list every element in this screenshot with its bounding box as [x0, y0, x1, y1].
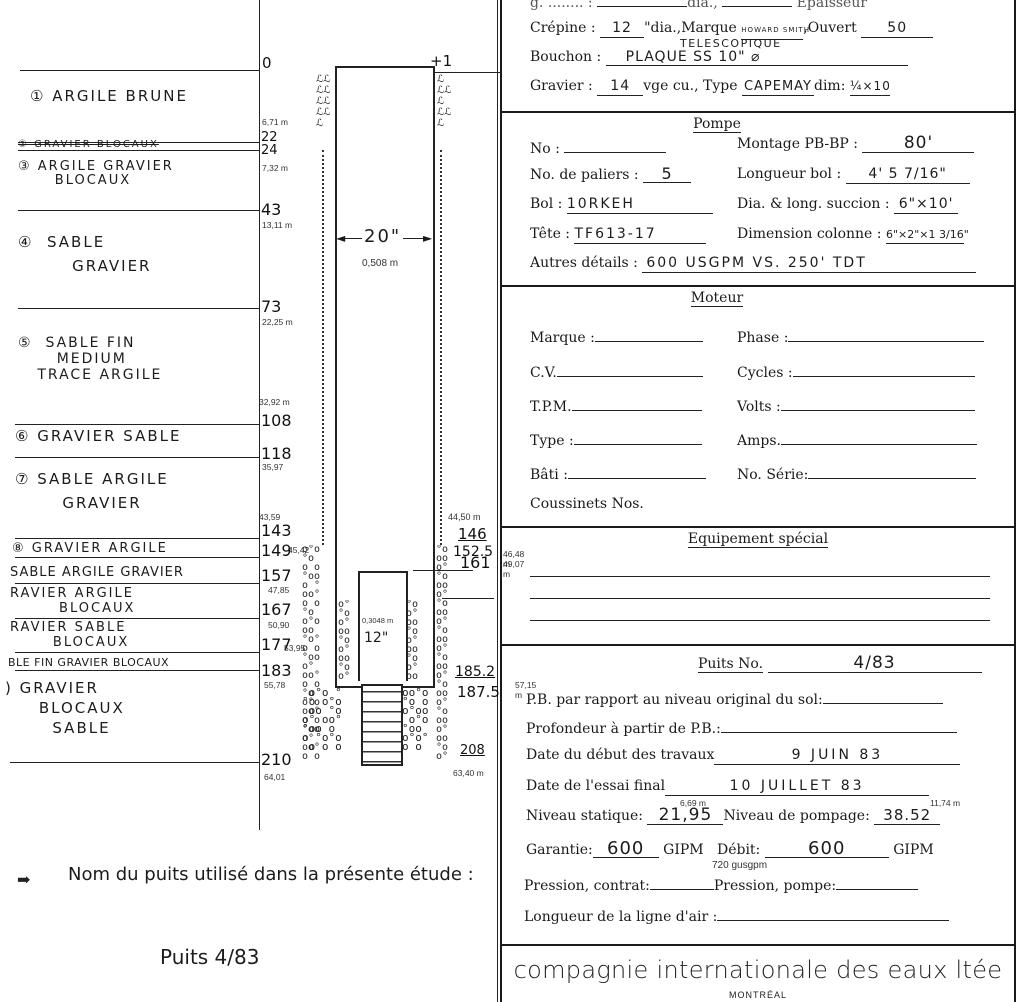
- gravier-unit: vge cu., Type: [643, 78, 737, 94]
- succion-row: Dia. & long. succion : 6"×10': [737, 196, 958, 214]
- coussinets-label: Coussinets Nos.: [530, 496, 644, 512]
- type-value[interactable]: [574, 428, 702, 445]
- metric-24: 7,32 m: [262, 163, 288, 173]
- casing-diameter-metric: 0,508 m: [362, 258, 398, 269]
- succion-label: Dia. & long. succion :: [737, 196, 890, 212]
- depth-73: 73: [261, 297, 281, 316]
- moteur-marque-value[interactable]: [595, 325, 703, 342]
- metric-118: 35,97: [262, 462, 283, 472]
- form-edge: [497, 0, 498, 1002]
- moteur-section-divider: [502, 285, 1014, 287]
- layer-9: SABLE ARGILE GRAVIER: [10, 564, 184, 581]
- screen-diameter-metric: 0,3048 m: [362, 616, 393, 625]
- boundary-149: [15, 557, 260, 558]
- pompe-no-label: No :: [530, 141, 560, 157]
- equipement-line-2[interactable]: [530, 598, 990, 599]
- boundary-108: [15, 424, 260, 425]
- phase-row: Phase :: [737, 325, 984, 346]
- crepine-ouvert[interactable]: 50: [861, 21, 933, 38]
- sand-annulus-left: [322, 150, 324, 545]
- depth-24: 24: [261, 143, 278, 158]
- ground-zero-mark: 0: [262, 54, 272, 72]
- pompage-label: Niveau de pompage:: [723, 808, 869, 824]
- bati-row: Bâti :: [530, 462, 706, 483]
- boundary-118: [15, 457, 260, 458]
- bouchon-row: Bouchon : PLAQUE SS 10" ⌀: [530, 49, 908, 66]
- clay-hatch-right: ℒℒℒℒℒℒℒ: [437, 74, 451, 129]
- pression-pompe-label: Pression, pompe:: [714, 878, 836, 894]
- succion-value[interactable]: 6"×10': [894, 197, 958, 214]
- study-well-name: Puits 4/83: [160, 945, 259, 969]
- gravier-type[interactable]: CAPEMAY: [742, 79, 814, 96]
- pompe-title: Pompe: [652, 116, 782, 132]
- type-label: Type :: [530, 433, 574, 449]
- garantie-label: Garantie:: [526, 842, 593, 858]
- longueur-bol-value[interactable]: 4' 5 7/16": [846, 167, 970, 184]
- ground-line: [20, 70, 260, 71]
- cycles-row: Cycles :: [737, 360, 975, 381]
- cv-row: C.V.: [530, 360, 703, 381]
- puits-no-value[interactable]: 4/83: [768, 656, 982, 673]
- amps-label: Amps.: [737, 433, 781, 449]
- layer-8: ⑧ GRAVIER ARGILE: [12, 540, 168, 557]
- depth-axis-line: [259, 0, 260, 830]
- pb-row: P.B. par rapport au niveau original du s…: [526, 687, 943, 708]
- pompage-value[interactable]: 38.52: [874, 808, 940, 825]
- paliers-value[interactable]: 5: [643, 166, 691, 183]
- crepine-dia[interactable]: 12: [600, 21, 644, 38]
- boundary-210: [10, 762, 260, 763]
- arrow-right-icon: ►: [423, 231, 432, 245]
- layer-13: ) GRAVIER BLOCAUX SABLE: [5, 678, 125, 738]
- gravier-dim[interactable]: ¼×10: [850, 79, 890, 96]
- prof-value[interactable]: [721, 716, 957, 733]
- crepine-dia-unit: "dia.,: [644, 20, 681, 36]
- puits-no-label: Puits No.: [698, 656, 763, 673]
- mark-208: 208: [460, 743, 485, 758]
- volts-label: Volts :: [737, 399, 781, 415]
- pompe-section-divider: [502, 111, 1014, 113]
- garantie-unit: GIPM: [663, 842, 703, 858]
- tete-value[interactable]: TF613-17: [574, 227, 706, 244]
- pb-value[interactable]: [823, 687, 943, 704]
- bouchon-label: Bouchon :: [530, 49, 601, 65]
- gravier-row: Gravier : 14vge cu., Type CAPEMAYdim: ¼×…: [530, 78, 890, 96]
- bati-value[interactable]: [568, 462, 706, 479]
- autres-value[interactable]: 600 USGPM VS. 250' TDT: [642, 256, 976, 273]
- ligne-air-row: Longueur de la ligne d'air :: [524, 904, 949, 925]
- mark-185-2: 185.2: [455, 664, 495, 680]
- bol-label: Bol :: [530, 196, 562, 212]
- depth-118: 118: [261, 444, 292, 463]
- arrow-left-icon: ◄: [336, 231, 345, 245]
- ground-line-right: [435, 72, 500, 73]
- clay-hatch-left: ℒℒℒℒℒℒℒℒℒ: [316, 74, 330, 129]
- cutoff-row: g. ........ : dia., Épaisseur: [530, 0, 867, 11]
- montage-row: Montage PB-BP : 80': [737, 136, 974, 153]
- tpm-label: T.P.M.: [530, 399, 572, 415]
- type-row: Type :: [530, 428, 702, 449]
- prof-label: Profondeur à partir de P.B.:: [526, 721, 721, 737]
- gravel-bottom-left: o°o ° °o o°o oo °o o° oo° °oo o o °o°o o…: [302, 688, 360, 764]
- company-city: MONTRÉAL: [502, 990, 1014, 1000]
- essai-row: Date de l'essai final10 JUILLET 83: [526, 778, 929, 796]
- tpm-row: T.P.M.: [530, 394, 702, 415]
- bol-value[interactable]: 10RKEH: [567, 197, 713, 214]
- metric-210: 64,01: [264, 772, 285, 782]
- gravel-inner-left: o° °o o° oo °o o° oo °o o°: [338, 600, 358, 682]
- boundary-73: [18, 308, 260, 309]
- amps-value[interactable]: [781, 428, 977, 445]
- puits-section-divider: [502, 644, 1014, 646]
- debit-unit: GIPM: [893, 842, 933, 858]
- moteur-marque-row: Marque :: [530, 325, 703, 346]
- depth-183: 183: [261, 661, 292, 680]
- autres-label: Autres détails :: [530, 255, 638, 271]
- casing-diameter: 20": [362, 226, 403, 247]
- ligne-air-value[interactable]: [717, 904, 949, 921]
- mark-146: 146: [458, 525, 487, 543]
- paliers-row: No. de paliers : 5: [530, 166, 691, 183]
- layer-3: ③ ARGILE GRAVIER BLOCAUX: [18, 160, 174, 188]
- pression-row: Pression, contrat:Pression, pompe:: [524, 873, 918, 894]
- pompe-no-value[interactable]: [564, 136, 666, 153]
- colonne-value[interactable]: 6"×2"×1 3/16": [886, 227, 964, 244]
- pression-pompe-value[interactable]: [836, 873, 918, 890]
- depth-108: 108: [261, 411, 292, 430]
- colonne-label: Dimension colonne :: [737, 226, 882, 242]
- paliers-label: No. de paliers :: [530, 167, 639, 183]
- depth-143: 143: [261, 521, 292, 540]
- cv-value[interactable]: [557, 360, 703, 377]
- boundary-167: [15, 618, 260, 619]
- casing-right-wall: [433, 66, 435, 686]
- layer-10: RAVIER ARGILE BLOCAUX: [10, 586, 135, 616]
- gravel-inner-right: °o o° oo °o o° oo °o o° oo: [406, 600, 428, 682]
- mark-187-5: 187.5: [457, 683, 500, 701]
- metric-73: 22,25 m: [262, 317, 293, 327]
- autres-row: Autres détails : 600 USGPM VS. 250' TDT: [530, 255, 976, 273]
- debut-value[interactable]: 9 JUIN 83: [714, 748, 960, 765]
- statique-label: Niveau statique:: [526, 808, 643, 824]
- metric-143: 43,59: [259, 512, 280, 522]
- serie-row: No. Série:: [737, 462, 976, 483]
- puits-no-row: Puits No. 4/83: [698, 656, 982, 673]
- colonne-row: Dimension colonne : 6"×2"×1 3/16": [737, 226, 964, 244]
- serie-value[interactable]: [808, 462, 976, 479]
- cycles-value[interactable]: [793, 360, 975, 377]
- prof-row: Profondeur à partir de P.B.:: [526, 716, 957, 737]
- well-form: g. ........ : dia., Épaisseur Crépine : …: [500, 0, 1016, 1002]
- sand-annulus-right: [440, 150, 442, 545]
- mark-63-40m: 63,40 m: [453, 768, 484, 778]
- equipement-section-divider: [502, 526, 1014, 528]
- phase-label: Phase :: [737, 330, 788, 346]
- amps-row: Amps.: [737, 428, 977, 449]
- tete-row: Tête : TF613-17: [530, 226, 706, 244]
- montage-value[interactable]: 80': [862, 136, 974, 153]
- gravier-label: Gravier :: [530, 78, 593, 94]
- layer-12: BLE FIN GRAVIER BLOCAUX: [8, 654, 169, 671]
- casing-top: [335, 66, 435, 68]
- note-arrow-icon: ➡: [17, 870, 30, 889]
- pompe-no: No :: [530, 136, 666, 157]
- depth-167: 167: [261, 600, 292, 619]
- company-name: compagnie internationale des eaux ltée: [502, 956, 1014, 984]
- gravier-dim-label: dim:: [814, 78, 845, 94]
- layer-2: ② GRAVIER BLOCAUX: [18, 136, 159, 153]
- volts-value[interactable]: [781, 394, 975, 411]
- depth-157: 157: [261, 566, 292, 585]
- cycles-label: Cycles :: [737, 365, 793, 381]
- pb-label: P.B. par rapport au niveau original du s…: [526, 692, 823, 708]
- layer-4: ④ SABLE GRAVIER: [18, 230, 151, 278]
- moteur-title: Moteur: [652, 290, 782, 306]
- metric-108: 32,92 m: [259, 397, 290, 407]
- company-section-divider: [502, 944, 1014, 946]
- longueur-bol-row: Longueur bol : 4' 5 7/16": [737, 166, 970, 184]
- metric-183: 55,78: [264, 680, 285, 690]
- bati-label: Bâti :: [530, 467, 568, 483]
- layer-6: ⑥ GRAVIER SABLE: [15, 428, 182, 445]
- layer-7: ⑦ SABLE ARGILE GRAVIER: [15, 467, 169, 515]
- metric-43: 13,11 m: [262, 220, 292, 230]
- volts-row: Volts :: [737, 394, 975, 415]
- longueur-bol-label: Longueur bol :: [737, 166, 841, 182]
- niveau-row: Niveau statique: 21,95Niveau de pompage:…: [526, 808, 940, 825]
- pompage-note: 11,74 m: [930, 798, 960, 808]
- garantie-value[interactable]: 600: [593, 841, 659, 858]
- mark-161-line: [442, 598, 494, 599]
- pression-contrat-label: Pression, contrat:: [524, 878, 650, 894]
- gravel-bottom-right: oo°o °o o o°oo o°o °oo o°o° o o: [402, 688, 442, 764]
- statique-value[interactable]: 21,95: [647, 808, 723, 825]
- depth-149: 149: [261, 541, 292, 560]
- garantie-row: Garantie:600 GIPM Débit: 600 GIPM: [526, 841, 934, 858]
- crepine-ouvert-label: ,Ouvert: [803, 20, 856, 36]
- casing-left-wall: [335, 66, 337, 686]
- screen-diameter: 12": [364, 630, 388, 646]
- serie-label: No. Série:: [737, 467, 808, 483]
- moteur-marque-label: Marque :: [530, 330, 595, 346]
- gravier-qty[interactable]: 14: [597, 79, 643, 96]
- essai-value[interactable]: 10 JUILLET 83: [665, 779, 929, 796]
- crepine-label: Crépine :: [530, 20, 596, 36]
- depth-43: 43: [261, 200, 281, 219]
- coussinets-row: Coussinets Nos.: [530, 496, 644, 512]
- casing-top-mark: +1: [430, 52, 452, 70]
- equipement-line-3[interactable]: [530, 620, 990, 621]
- bouchon-value[interactable]: PLAQUE SS 10" ⌀: [606, 50, 908, 66]
- tpm-value[interactable]: [572, 394, 702, 411]
- metric-157: 47,85: [268, 585, 289, 595]
- boundary-177: [15, 652, 260, 653]
- screen-riser: [358, 571, 408, 681]
- pression-contrat-value[interactable]: [650, 873, 714, 890]
- tete-label: Tête :: [530, 226, 570, 242]
- borehole-log: 0 +1 ① ARGILE BRUNE ② GRAVIER BLOCAUX ③ …: [0, 0, 500, 1002]
- study-note: Nom du puits utilisé dans la présente ét…: [68, 864, 478, 886]
- layer-11: RAVIER SABLE BLOCAUX: [10, 620, 129, 650]
- equipement-line-1[interactable]: [530, 576, 990, 577]
- cv-label: C.V.: [530, 365, 557, 381]
- equipement-title: Equipement spécial: [502, 531, 1014, 547]
- debut-row: Date du début des travaux9 JUIN 83: [526, 747, 960, 765]
- mark-161: 161: [460, 553, 491, 572]
- ligne-air-label: Longueur de la ligne d'air :: [524, 909, 717, 925]
- metric-22: 6,71 m: [262, 117, 288, 127]
- boundary-43: [18, 210, 260, 211]
- metric-167: 50,90: [268, 620, 289, 630]
- crepine-marque-label: Marque: [681, 20, 737, 36]
- montage-label: Montage PB-BP :: [737, 136, 858, 152]
- depth-210: 210: [261, 750, 292, 769]
- well-screen: [361, 684, 403, 766]
- boundary-143: [15, 538, 260, 539]
- bol-row: Bol : 10RKEH: [530, 196, 713, 214]
- phase-value[interactable]: [788, 325, 984, 342]
- debut-label: Date du début des travaux: [526, 747, 714, 763]
- layer-5: ⑤ SABLE FIN MEDIUM TRACE ARGILE: [18, 335, 162, 383]
- debit-note: 720 gusgpm: [712, 860, 767, 871]
- debit-value[interactable]: 600: [765, 841, 889, 858]
- mark-44-50m: 44,50 m: [448, 512, 481, 522]
- essai-label: Date de l'essai final: [526, 778, 665, 794]
- layer-1: ① ARGILE BRUNE: [30, 88, 188, 105]
- debit-label: Débit:: [717, 842, 760, 858]
- boundary-157: [15, 583, 260, 584]
